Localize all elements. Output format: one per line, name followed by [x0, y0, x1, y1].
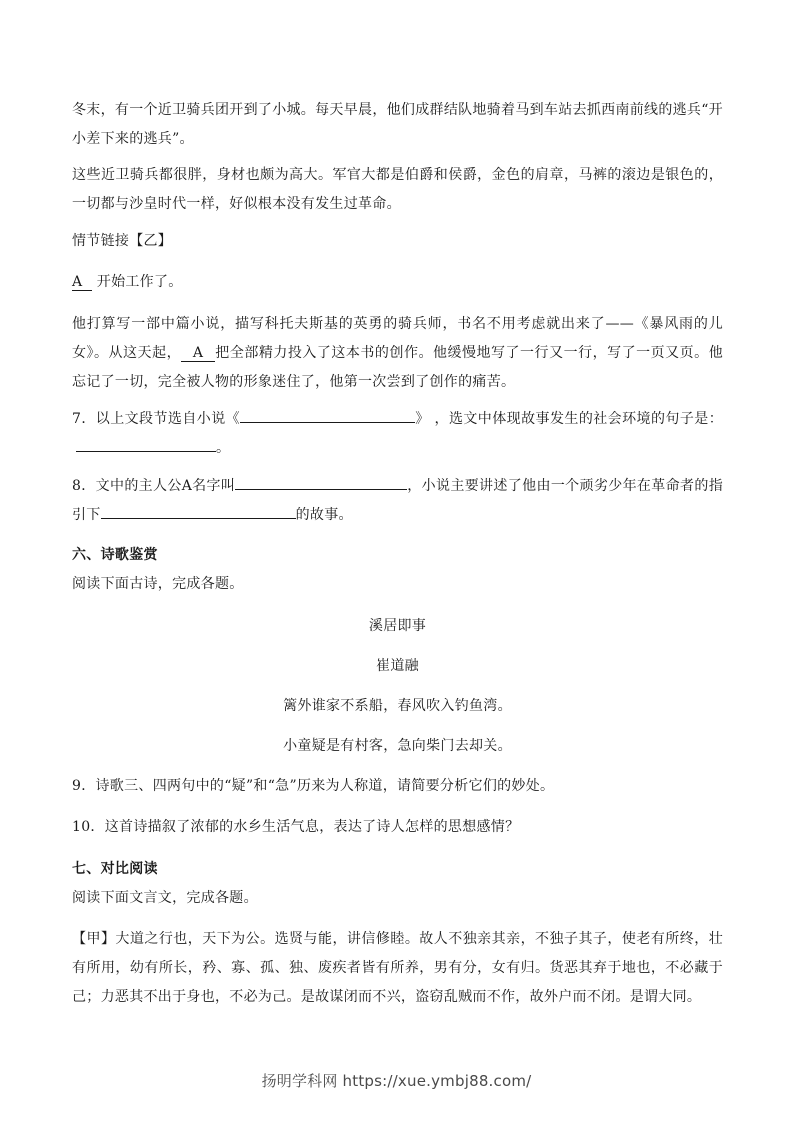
- section-7-heading: 七、对比阅读: [72, 855, 723, 884]
- q7-novel-title-blank[interactable]: [240, 406, 415, 423]
- name-blank-a-2: A: [181, 344, 215, 362]
- plot-link-heading: 情节链接【乙】: [72, 227, 723, 256]
- q7-text-1: 7．以上文段节选自小说《: [72, 411, 240, 427]
- question-7: 7．以上文段节选自小说《》 ，选文中体现故事发生的社会环境的句子是：。: [72, 405, 723, 463]
- passage-paragraph-4: 他打算写一部中篇小说，描写科托夫斯基的英勇的骑兵师，书名不用考虑就出来了——《暴…: [72, 310, 723, 397]
- paragraph-3-text: 开始工作了。: [97, 274, 183, 290]
- poem-line-2: 小童疑是有村客，急向柴门去却关。: [72, 732, 723, 761]
- section-6-heading: 六、诗歌鉴赏: [72, 541, 723, 570]
- name-blank-a: A: [72, 273, 92, 291]
- q8-text-1: 8．文中的主人公A名字叫: [72, 478, 235, 494]
- q7-text-3: 。: [216, 440, 230, 456]
- classical-text-a: 【甲】大道之行也，天下为公。选贤与能，讲信修睦。故人不独亲其亲，不独子其子，使老…: [72, 925, 723, 1012]
- q7-sentence-blank[interactable]: [76, 435, 216, 452]
- q8-story-blank[interactable]: [101, 502, 296, 519]
- passage-paragraph-1: 冬末，有一个近卫骑兵团开到了小城。每天早晨，他们成群结队地骑着马到车站去抓西南前…: [72, 96, 723, 154]
- passage-paragraph-3: A 开始工作了。: [72, 268, 723, 297]
- q8-text-3: 的故事。: [296, 507, 353, 523]
- poem-author: 崔道融: [72, 652, 723, 681]
- poem-title: 溪居即事: [72, 612, 723, 641]
- section-6-instruction: 阅读下面古诗，完成各题。: [72, 570, 723, 599]
- poem-line-1: 篱外谁家不系船，春风吹入钓鱼湾。: [72, 692, 723, 721]
- q8-name-blank[interactable]: [235, 473, 407, 490]
- passage-paragraph-2: 这些近卫骑兵都很胖，身材也颇为高大。军官大都是伯爵和侯爵，金色的肩章，马裤的滚边…: [72, 161, 723, 219]
- question-9: 9．诗歌三、四两句中的“疑”和“急”历来为人称道，请简要分析它们的妙处。: [72, 772, 723, 801]
- watermark-footer: 扬明学科网 https://xue.ymbj88.com/: [0, 1070, 793, 1091]
- question-10: 10．这首诗描叙了浓郁的水乡生活气息，表达了诗人怎样的思想感情？: [72, 813, 723, 842]
- section-7-instruction: 阅读下面文言文，完成各题。: [72, 884, 723, 913]
- q7-text-2: 》 ，选文中体现故事发生的社会环境的句子是：: [415, 411, 723, 427]
- question-8: 8．文中的主人公A名字叫，小说主要讲述了他由一个顽劣少年在革命者的指引下的故事。: [72, 472, 723, 530]
